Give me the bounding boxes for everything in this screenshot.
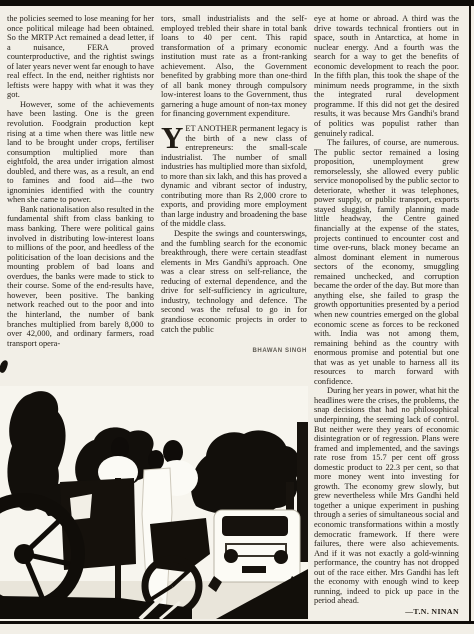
photo-credit: BHAWAN SINGH: [161, 348, 307, 354]
drop-cap-letter: Y: [161, 124, 185, 150]
article-column-3: eye at home or abroad. A third was the d…: [314, 14, 459, 616]
paragraph: eye at home or abroad. A third was the d…: [314, 14, 459, 138]
paragraph: Despite the swings and counterswings, an…: [161, 229, 307, 334]
magazine-article-page: the policies seemed to lose meaning for …: [0, 0, 474, 634]
paragraph: Bank nationalisation also resulted in th…: [7, 205, 154, 348]
paragraph: However, some of the achievements have b…: [7, 100, 154, 205]
paragraph-with-dropcap: YET ANOTHER permanent legacy is the birt…: [161, 124, 307, 229]
paragraph: During her years in power, what hit the …: [314, 386, 459, 606]
street-scene-photo: [0, 386, 308, 619]
street-scene-illustration: [0, 386, 308, 619]
bottom-border-rule: [0, 621, 474, 624]
article-column-1: the policies seemed to lose meaning for …: [7, 14, 154, 348]
top-border-rule: [0, 0, 474, 6]
paragraph: tors, small industrialists and the self-…: [161, 14, 307, 119]
right-border-rule: [469, 6, 471, 621]
author-byline: —T.N. NINAN: [314, 607, 459, 617]
ink-smudge: [0, 359, 9, 374]
paragraph: The failures, of course, are numerous. T…: [314, 138, 459, 386]
article-column-2: tors, small industrialists and the self-…: [161, 14, 307, 334]
paragraph: the policies seemed to lose meaning for …: [7, 14, 154, 100]
